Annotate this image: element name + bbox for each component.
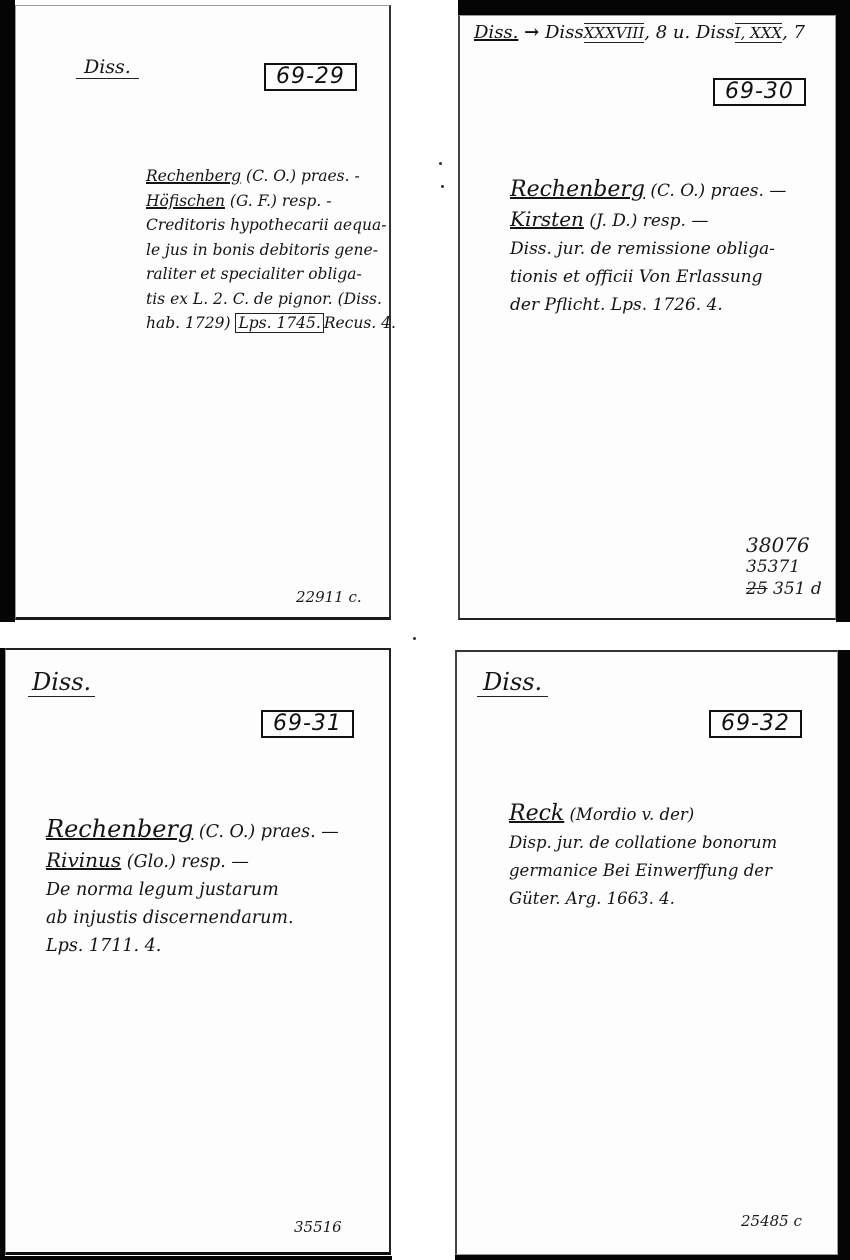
card-entry-text: Reck (Mordio v. der) Disp. jur. de colla… — [509, 800, 777, 913]
scan-speck — [441, 185, 444, 188]
scan-speck — [413, 637, 416, 640]
author-name: Rechenberg — [46, 815, 193, 843]
accession-number-old: 25 351 d — [746, 578, 822, 600]
catalog-card-69-31: Diss. 69-31 Rechenberg (C. O.) praes. — … — [5, 648, 391, 1255]
shelfmark-box: 69-32 — [709, 710, 802, 738]
accession-number: 38076 — [746, 534, 822, 556]
scan-border-right-top — [836, 0, 850, 622]
author-name: Reck — [509, 801, 564, 826]
scan-border-left-top — [0, 0, 15, 622]
category-label: Diss. — [474, 22, 518, 43]
category-label: Diss. — [477, 668, 548, 697]
card-entry-text: Rechenberg (C. O.) praes. — Kirsten (J. … — [510, 176, 786, 319]
respondent-name: Höfischen — [146, 192, 225, 210]
respondent-name: Rivinus — [46, 848, 121, 872]
accession-number: 35371 — [746, 556, 822, 578]
author-name: Rechenberg — [510, 177, 645, 202]
scan-speck — [439, 162, 442, 165]
category-label: Diss. — [76, 56, 139, 79]
header-note: Diss. → DissXXXVIII, 8 u. DissI, XXX, 7 — [474, 22, 805, 43]
imprint-box: Lps. 1745. — [235, 313, 323, 333]
scan-border-top-right — [458, 0, 850, 15]
category-label: Diss. — [28, 668, 95, 697]
shelfmark-box: 69-29 — [264, 63, 357, 91]
scan-border-right-bottom — [838, 650, 850, 1260]
scan-border-bottom-left — [0, 1256, 392, 1260]
strike-mark: → — [524, 22, 539, 43]
shelfmark-box: 69-31 — [261, 710, 354, 738]
accession-number: 25485 c — [741, 1212, 802, 1230]
card-entry-text: Rechenberg (C. O.) praes. - Höfischen (G… — [146, 164, 396, 336]
accession-number: 22911 c. — [296, 588, 362, 606]
catalog-card-69-32: Diss. 69-32 Reck (Mordio v. der) Disp. j… — [455, 650, 838, 1255]
accession-numbers: 38076 35371 25 351 d — [746, 534, 822, 600]
shelfmark-box: 69-30 — [713, 78, 806, 106]
catalog-card-69-29: Diss. 69-29 Rechenberg (C. O.) praes. - … — [15, 5, 391, 620]
accession-number: 35516 — [294, 1218, 342, 1236]
card-entry-text: Rechenberg (C. O.) praes. — Rivinus (Glo… — [46, 815, 339, 960]
author-name: Rechenberg — [146, 167, 241, 185]
catalog-card-69-30: Diss. → DissXXXVIII, 8 u. DissI, XXX, 7 … — [458, 15, 836, 620]
struck-prefix: 25 — [746, 579, 768, 599]
scan-border-bottom-right — [455, 1255, 850, 1260]
respondent-name: Kirsten — [510, 207, 584, 231]
